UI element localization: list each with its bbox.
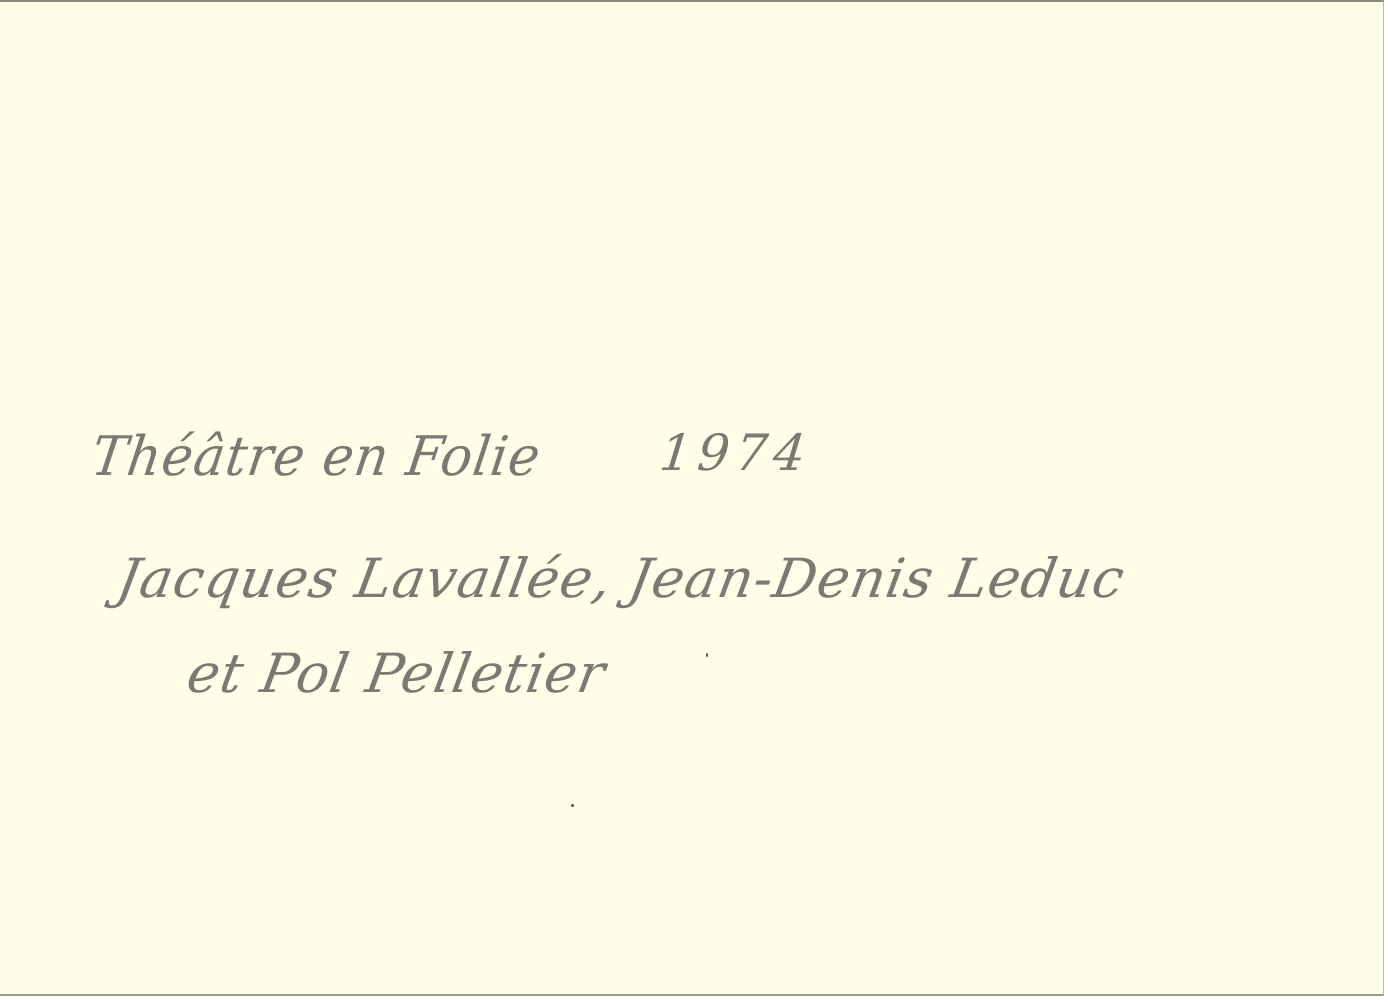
handwritten-names-line-2: et Pol Pelletier (182, 642, 610, 705)
scan-margin (1384, 0, 1388, 1002)
handwritten-year: 1974 (657, 424, 814, 482)
handwritten-names-line-1: Jacques Lavallée, Jean-Denis Leduc (112, 547, 1129, 610)
pencil-speck (571, 804, 574, 807)
pencil-speck (706, 653, 708, 657)
photo-back-card: Théâtre en Folie 1974 Jacques Lavallée, … (0, 0, 1384, 996)
handwritten-title: Théâtre en Folie (88, 426, 545, 489)
